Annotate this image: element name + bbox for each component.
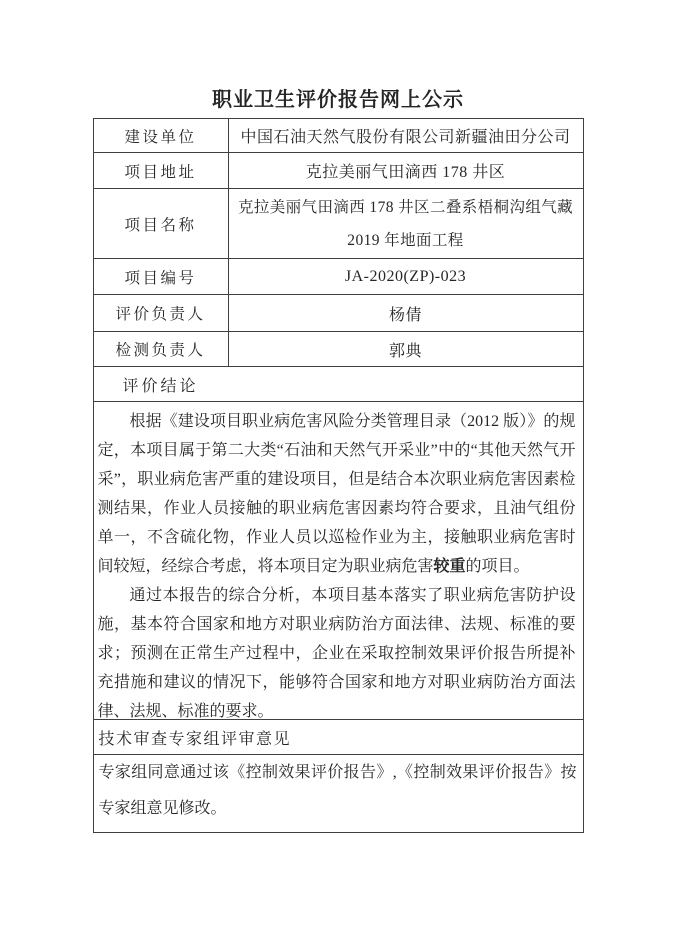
table-row-project-name: 项目名称 克拉美丽气田滴西 178 井区二叠系梧桐沟组气藏 2019 年地面工程: [94, 189, 583, 259]
project-address-value: 克拉美丽气田滴西 178 井区: [229, 153, 583, 188]
table-row-project-number: 项目编号 JA-2020(ZP)-023: [94, 259, 583, 295]
table-row-project-address: 项目地址 克拉美丽气田滴西 178 井区: [94, 153, 583, 189]
project-name-line2: 2019 年地面工程: [347, 224, 463, 257]
review-opinion-paragraph: 专家组同意通过该《控制效果评价报告》,《控制效果评价报告》按专家组意见修改。: [99, 755, 577, 827]
conclusion-text: 根据《建设项目职业病危害风险分类管理目录（2012 版）》的规定，本项目属于第二…: [94, 402, 583, 719]
project-name-line1: 克拉美丽气田滴西 178 井区二叠系梧桐沟组气藏: [238, 191, 573, 224]
project-number-value: JA-2020(ZP)-023: [229, 259, 583, 294]
evaluation-lead-value: 杨倩: [229, 295, 583, 331]
table-row-review-opinion: 专家组同意通过该《控制效果评价报告》,《控制效果评价报告》按专家组意见修改。: [94, 755, 583, 832]
page-title: 职业卫生评价报告网上公示: [93, 89, 584, 112]
table-row-construction-unit: 建设单位 中国石油天然气股份有限公司新疆油田分公司: [94, 119, 583, 153]
conclusion-header: 评价结论: [94, 367, 583, 401]
testing-lead-value: 郭典: [229, 332, 583, 366]
project-name-value: 克拉美丽气田滴西 178 井区二叠系梧桐沟组气藏 2019 年地面工程: [229, 189, 583, 258]
construction-unit-value: 中国石油天然气股份有限公司新疆油田分公司: [229, 119, 583, 152]
project-number-label: 项目编号: [94, 259, 229, 294]
review-header: 技术审查专家组评审意见: [94, 720, 583, 754]
conclusion-p1-after: 的项目。: [466, 558, 530, 575]
conclusion-p1-before: 根据《建设项目职业病危害风险分类管理目录（2012 版）》的规定，本项目属于第二…: [98, 413, 576, 575]
disclosure-table: 建设单位 中国石油天然气股份有限公司新疆油田分公司 项目地址 克拉美丽气田滴西 …: [93, 118, 584, 833]
project-address-label: 项目地址: [94, 153, 229, 188]
conclusion-paragraph-2: 通过本报告的综合分析，本项目基本落实了职业病危害防护设施，基本符合国家和地方对职…: [98, 581, 576, 726]
table-row-review-header: 技术审查专家组评审意见: [94, 720, 583, 755]
table-row-evaluation-lead: 评价负责人 杨倩: [94, 295, 583, 332]
project-name-label: 项目名称: [94, 189, 229, 258]
construction-unit-label: 建设单位: [94, 119, 229, 152]
evaluation-lead-label: 评价负责人: [94, 295, 229, 331]
testing-lead-label: 检测负责人: [94, 332, 229, 366]
conclusion-p1-bold: 较重: [434, 558, 466, 575]
table-row-testing-lead: 检测负责人 郭典: [94, 332, 583, 367]
conclusion-paragraph-1: 根据《建设项目职业病危害风险分类管理目录（2012 版）》的规定，本项目属于第二…: [98, 407, 576, 581]
review-opinion-text: 专家组同意通过该《控制效果评价报告》,《控制效果评价报告》按专家组意见修改。: [94, 755, 583, 832]
table-row-conclusion-body: 根据《建设项目职业病危害风险分类管理目录（2012 版）》的规定，本项目属于第二…: [94, 402, 583, 720]
table-row-conclusion-header: 评价结论: [94, 367, 583, 402]
